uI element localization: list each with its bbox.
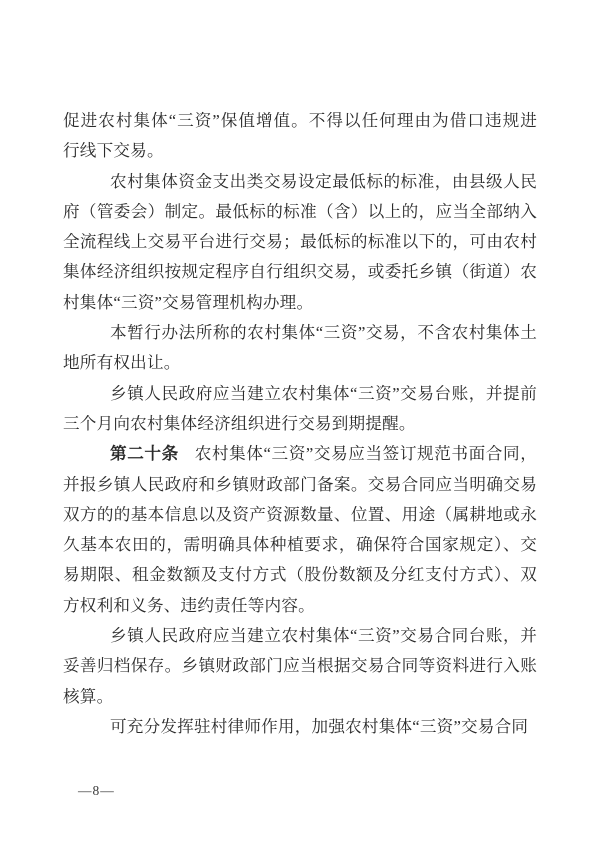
text-line: 并报乡镇人民政府和乡镇财政部门备案。交易合同应当明确交易 [63, 470, 537, 500]
clause-text: 农村集体“三资”交易应当签订规范书面合同， [195, 444, 537, 463]
text-line: 可充分发挥驻村律师作用，加强农村集体“三资”交易合同 [63, 712, 537, 742]
text-line: 双方的的基本信息以及资产资源数量、位置、用途（属耕地或永 [63, 500, 537, 530]
text-line: 方权利和义务、违约责任等内容。 [63, 591, 537, 621]
text-line: 行线下交易。 [63, 136, 537, 166]
text-line: 本暂行办法所称的农村集体“三资”交易，不含农村集体土 [63, 318, 537, 348]
text-line: 促进农村集体“三资”保值增值。不得以任何理由为借口违规进 [63, 106, 537, 136]
text-line: 易期限、租金数额及支付方式（股份数额及分红支付方式）、双 [63, 560, 537, 590]
paragraph: 乡镇人民政府应当建立农村集体“三资”交易台账，并提前三个月向农村集体经济组织进行… [63, 379, 537, 440]
text-line: 村集体“三资”交易管理机构办理。 [63, 288, 537, 318]
document-page: 促进农村集体“三资”保值增值。不得以任何理由为借口违规进行线下交易。农村集体资金… [0, 0, 600, 848]
clause-number: 第二十条 [110, 444, 179, 463]
text-line: 第二十条农村集体“三资”交易应当签订规范书面合同， [63, 439, 537, 469]
paragraph: 农村集体资金支出类交易设定最低标的标准，由县级人民政府（管委会）制定。最低标的标… [63, 167, 537, 318]
text-line: 乡镇人民政府应当建立农村集体“三资”交易合同台账，并 [63, 621, 537, 651]
text-line: 妥善归档保存。乡镇财政部门应当根据交易合同等资料进行入账 [63, 651, 537, 681]
paragraph: 可充分发挥驻村律师作用，加强农村集体“三资”交易合同 [63, 712, 537, 742]
text-line: 地所有权出让。 [63, 348, 537, 378]
text-line: 核算。 [63, 682, 537, 712]
document-body: 促进农村集体“三资”保值增值。不得以任何理由为借口违规进行线下交易。农村集体资金… [63, 106, 537, 742]
text-line: 三个月向农村集体经济组织进行交易到期提醒。 [63, 409, 537, 439]
text-line: 农村集体资金支出类交易设定最低标的标准，由县级人民政 [63, 167, 537, 197]
text-line: 全流程线上交易平台进行交易；最低标的标准以下的，可由农村 [63, 227, 537, 257]
text-line: 集体经济组织按规定程序自行组织交易，或委托乡镇（街道）农 [63, 257, 537, 287]
paragraph: 促进农村集体“三资”保值增值。不得以任何理由为借口违规进行线下交易。 [63, 106, 537, 167]
paragraph: 本暂行办法所称的农村集体“三资”交易，不含农村集体土地所有权出让。 [63, 318, 537, 379]
text-line: 久基本农田的，需明确具体种植要求，确保符合国家规定）、交 [63, 530, 537, 560]
text-line: 府（管委会）制定。最低标的标准（含）以上的，应当全部纳入 [63, 197, 537, 227]
paragraph: 第二十条农村集体“三资”交易应当签订规范书面合同，并报乡镇人民政府和乡镇财政部门… [63, 439, 537, 621]
paragraph: 乡镇人民政府应当建立农村集体“三资”交易合同台账，并妥善归档保存。乡镇财政部门应… [63, 621, 537, 712]
page-number: —8— [78, 783, 115, 799]
text-line: 乡镇人民政府应当建立农村集体“三资”交易台账，并提前 [63, 379, 537, 409]
